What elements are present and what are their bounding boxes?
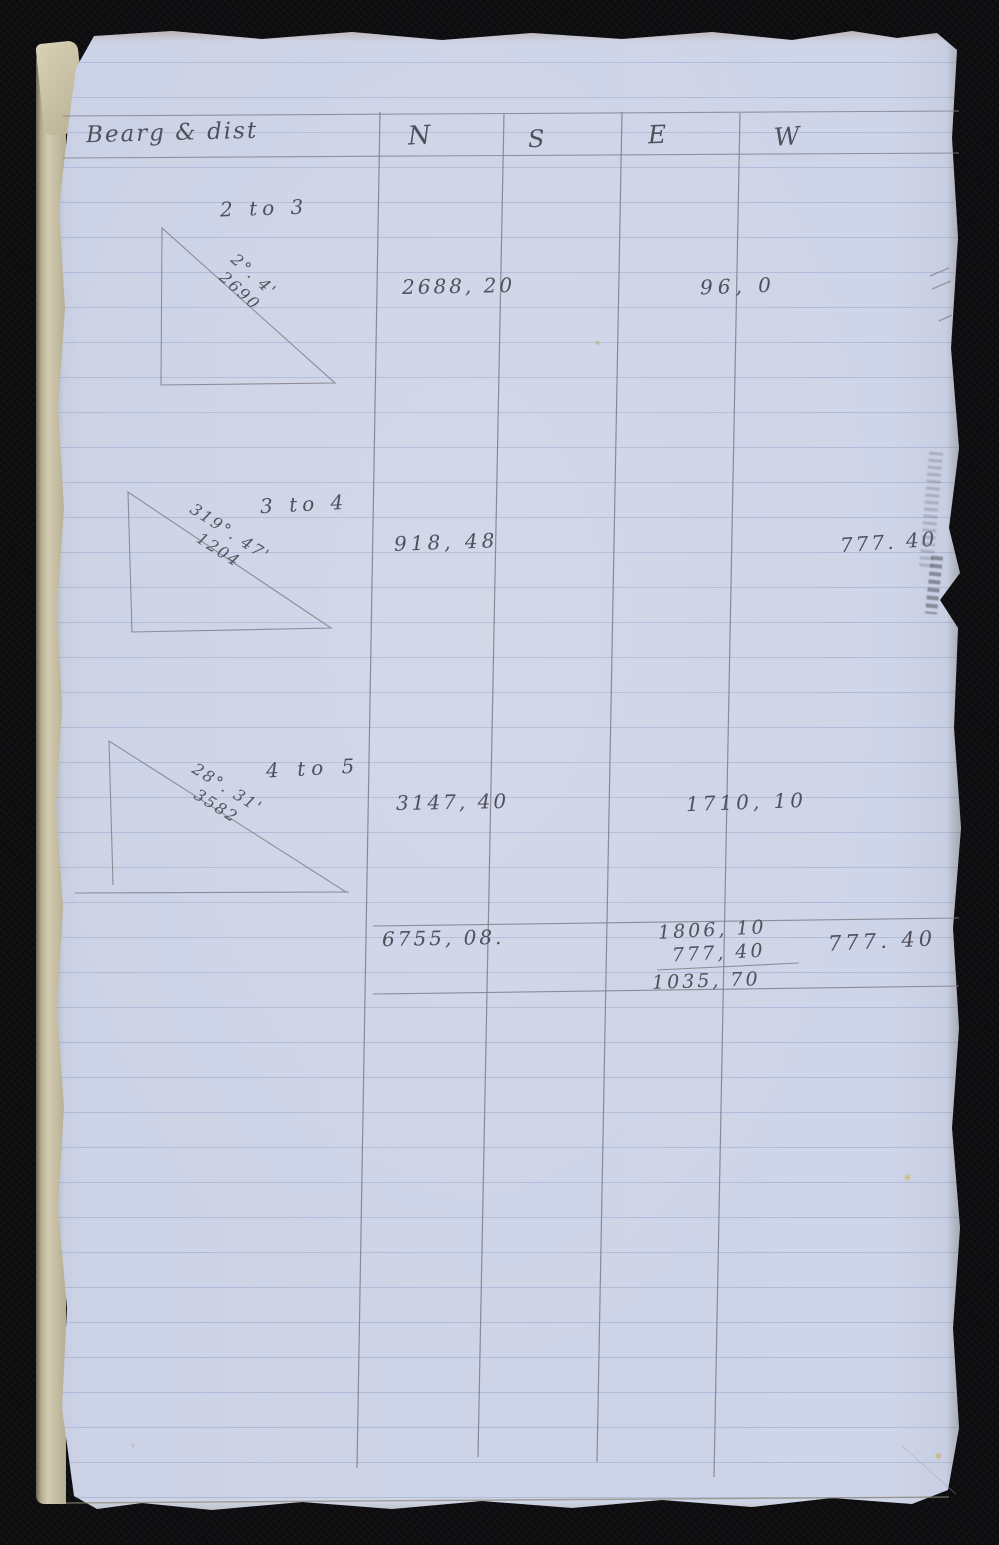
- header-row-label: Bearg & dist: [86, 118, 259, 148]
- course-label: 3 to 4: [259, 490, 348, 519]
- cell-e-value: 1710, 10: [686, 788, 808, 816]
- total-n-value: 6755, 08.: [382, 925, 505, 951]
- paper-stain: [594, 340, 601, 346]
- cell-n-value: 918, 48: [394, 528, 499, 556]
- cell-n-value: 3147, 40: [396, 789, 509, 815]
- paper-stain: [934, 1452, 943, 1460]
- cell-e-value: 96, 0: [700, 273, 777, 300]
- paper-stain: [903, 1173, 912, 1182]
- paper-stain: [130, 1443, 136, 1448]
- total-e-result: 1035, 70: [652, 968, 761, 994]
- course-label: 2 to 3: [220, 194, 309, 221]
- column-header-n: N: [407, 120, 431, 151]
- column-header-s: S: [528, 125, 545, 154]
- column-header-e: E: [647, 120, 666, 150]
- cell-n-value: 2688, 20: [402, 273, 515, 299]
- course-label: 4 to 5: [265, 754, 360, 783]
- column-header-w: W: [773, 121, 801, 152]
